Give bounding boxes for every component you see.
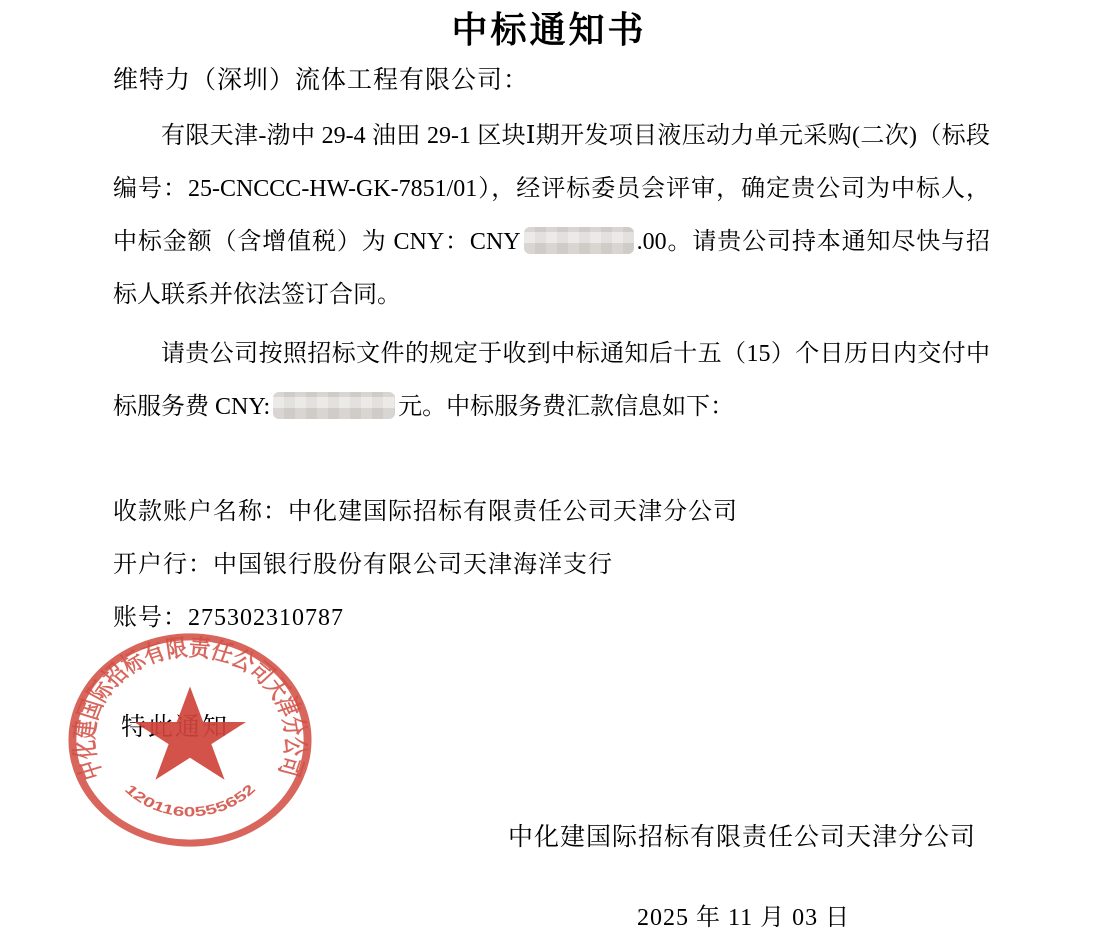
addressee-line: 维特力（深圳）流体工程有限公司： [113,60,529,96]
star-icon [134,686,246,779]
payee-account-name: 收款账户名称：中化建国际招标有限责任公司天津分公司 [113,486,738,539]
award-notice-document: 中标通知书 维特力（深圳）流体工程有限公司： 有限天津-渤中 29-4 油田 2… [0,0,1098,939]
issue-date: 2025 年 11 月 03 日 [637,897,850,932]
page-title: 中标通知书 [0,2,1098,53]
paragraph-award: 有限天津-渤中 29-4 油田 29-1 区块Ⅰ期开发项目液压动力单元采购(二次… [113,110,990,322]
redacted-bid-amount [524,227,634,254]
seal-number: 1201160555652 [121,782,259,820]
paragraph-service-fee: 请贵公司按照招标文件的规定于收到中标通知后十五（15）个日历日内交付中标服务费 … [113,328,990,434]
company-seal: 中化建国际招标有限责任公司天津分公司 1201160555652 [60,626,320,854]
payment-info-block: 收款账户名称：中化建国际招标有限责任公司天津分公司 开户行：中国银行股份有限公司… [113,486,738,645]
paragraph-service-fee-text-after: 元。中标服务费汇款信息如下： [398,394,734,420]
svg-text:1201160555652: 1201160555652 [121,782,259,820]
issuer-signature: 中化建国际招标有限责任公司天津分公司 [508,817,976,853]
redacted-service-fee-amount [273,392,395,419]
payee-bank: 开户行：中国银行股份有限公司天津海洋支行 [113,539,738,592]
